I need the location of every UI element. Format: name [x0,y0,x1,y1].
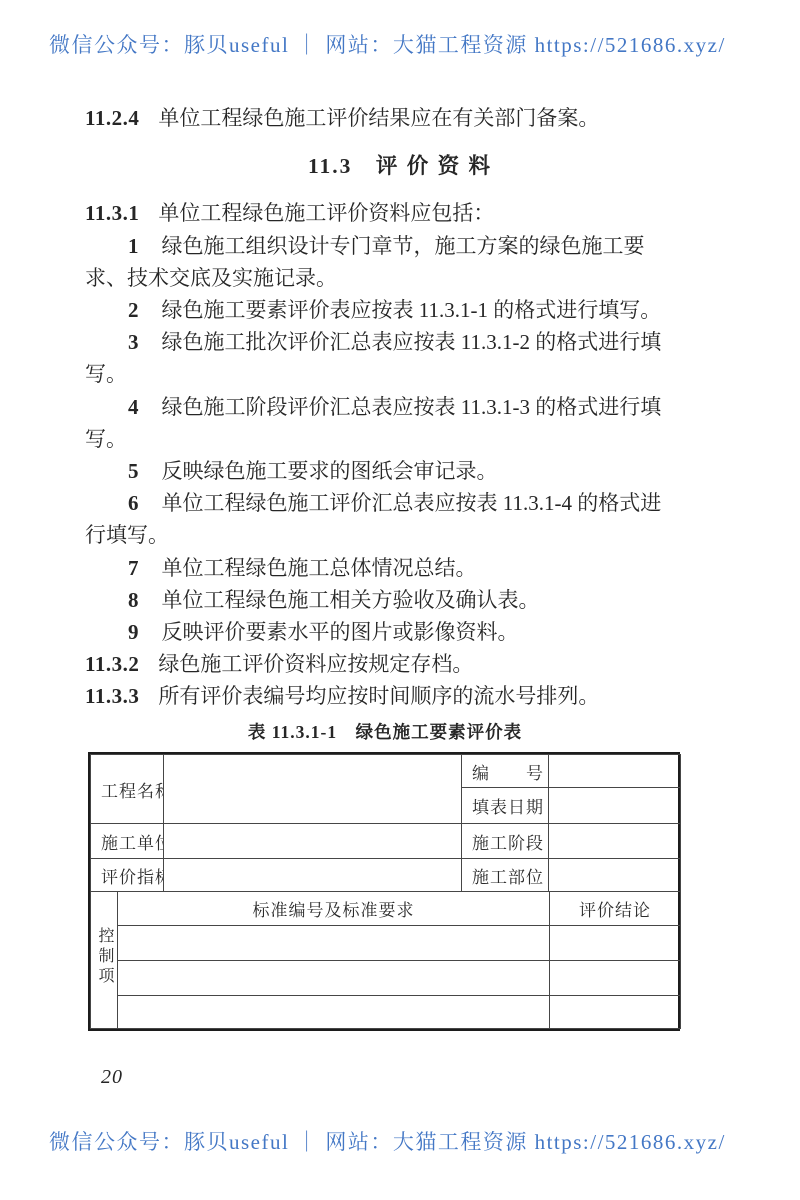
cell-evaluation-index-value [164,859,462,892]
cell-construction-part: 施工部位 [462,859,549,892]
cell-construction-stage-value [549,824,681,859]
list-line-8: 8单位工程绿色施工相关方验收及确认表。 [85,584,715,616]
table-blank-cell [550,960,681,995]
cell-fill-date-value [549,788,681,824]
item-text: 反映评价要素水平的图片或影像资料。 [162,620,519,644]
item-number: 8 [128,588,139,612]
cell-control-item: 控制项 [91,892,118,1028]
list-line-1: 1绿色施工组织设计专门章节，施工方案的绿色施工要 [85,230,715,262]
evaluation-table: 工程名称 编 号 填表日期 施工单位 施工阶段 评价指标 施工部位 [88,752,680,1031]
table-control-section: 控制项 标准编号及标准要求 评价结论 [90,892,681,1029]
list-line-6: 6单位工程绿色施工评价汇总表应按表 11.3.1-4 的格式进 [85,487,715,519]
item-text: 绿色施工批次评价汇总表应按表 11.3.1-2 的格式进行填 [162,330,662,354]
list-line-1-cont: 求、技术交底及实施记录。 [85,262,715,294]
section-heading: 11.3 评 价 资 料 [85,150,715,182]
clause-text: 绿色施工评价资料应按规定存档。 [158,652,473,676]
page-number: 20 [101,1066,123,1089]
item-number: 6 [128,491,139,515]
list-line-6-cont: 行填写。 [85,519,715,551]
item-text: 反映绿色施工要求的图纸会审记录。 [162,459,498,483]
cell-project-name-value [164,755,462,824]
item-number: 4 [128,395,139,419]
clause-number: 11.3.3 [85,684,139,708]
cell-standard-header: 标准编号及标准要求 [118,892,550,925]
item-number: 5 [128,459,139,483]
table-blank-cell [118,995,550,1028]
cell-construction-part-value [549,859,681,892]
clause-11-3-3: 11.3.3所有评价表编号均应按时间顺序的流水号排列。 [85,680,715,712]
list-line-3: 3绿色施工批次评价汇总表应按表 11.3.1-2 的格式进行填 [85,326,715,358]
list-line-5: 5反映绿色施工要求的图纸会审记录。 [85,455,715,487]
item-text: 单位工程绿色施工相关方验收及确认表。 [162,588,540,612]
list-line-7: 7单位工程绿色施工总体情况总结。 [85,552,715,584]
control-item-label: 控制项 [96,927,112,987]
cell-fill-date: 填表日期 [462,788,549,824]
clause-11-3-1: 11.3.1单位工程绿色施工评价资料应包括： [85,197,715,229]
clause-number: 11.3.1 [85,201,139,225]
cell-number: 编 号 [462,755,549,788]
clause-11-2-4: 11.2.4单位工程绿色施工评价结果应在有关部门备案。 [85,102,715,134]
table-header-section: 工程名称 编 号 填表日期 施工单位 施工阶段 评价指标 施工部位 [90,754,681,892]
item-number: 9 [128,620,139,644]
item-number: 3 [128,330,139,354]
table-blank-cell [550,995,681,1028]
watermark-bottom: 微信公众号：豚贝useful ｜ 网站：大猫工程资源 https://52168… [49,1126,789,1156]
watermark-top: 微信公众号：豚贝useful ｜ 网站：大猫工程资源 https://52168… [49,29,789,59]
item-text: 绿色施工要素评价表应按表 11.3.1-1 的格式进行填写。 [162,298,662,322]
body-text: 11.2.4单位工程绿色施工评价结果应在有关部门备案。 11.3 评 价 资 料… [85,102,715,713]
item-text: 求、技术交底及实施记录。 [85,266,337,290]
list-line-9: 9反映评价要素水平的图片或影像资料。 [85,616,715,648]
item-number: 1 [128,234,139,258]
table-caption: 表 11.3.1-1 绿色施工要素评价表 [85,719,685,744]
cell-evaluation-index: 评价指标 [91,859,164,892]
cell-conclusion-header: 评价结论 [550,892,681,925]
item-text: 单位工程绿色施工评价汇总表应按表 11.3.1-4 的格式进 [162,491,662,515]
list-line-2: 2绿色施工要素评价表应按表 11.3.1-1 的格式进行填写。 [85,294,715,326]
item-text: 绿色施工组织设计专门章节，施工方案的绿色施工要 [162,234,645,258]
cell-construction-unit-value [164,824,462,859]
cell-project-name: 工程名称 [91,755,164,824]
document-page: 微信公众号：豚贝useful ｜ 网站：大猫工程资源 https://52168… [0,0,800,1200]
list-line-3-cont: 写。 [85,358,715,390]
clause-number: 11.3.2 [85,652,139,676]
cell-construction-unit: 施工单位 [91,824,164,859]
item-text: 绿色施工阶段评价汇总表应按表 11.3.1-3 的格式进行填 [162,395,662,419]
clause-text: 所有评价表编号均应按时间顺序的流水号排列。 [158,684,599,708]
clause-11-3-2: 11.3.2绿色施工评价资料应按规定存档。 [85,648,715,680]
cell-construction-stage: 施工阶段 [462,824,549,859]
clause-text: 单位工程绿色施工评价资料应包括： [158,201,494,225]
table-blank-cell [118,925,550,960]
item-text: 写。 [85,362,127,386]
table-blank-cell [550,925,681,960]
list-line-4: 4绿色施工阶段评价汇总表应按表 11.3.1-3 的格式进行填 [85,391,715,423]
item-text: 行填写。 [85,523,169,547]
list-line-4-cont: 写。 [85,423,715,455]
clause-number: 11.2.4 [85,106,139,130]
table-blank-cell [118,960,550,995]
item-text: 写。 [85,427,127,451]
item-number: 2 [128,298,139,322]
cell-number-value [549,755,681,788]
item-text: 单位工程绿色施工总体情况总结。 [162,556,477,580]
item-number: 7 [128,556,139,580]
clause-text: 单位工程绿色施工评价结果应在有关部门备案。 [158,106,599,130]
